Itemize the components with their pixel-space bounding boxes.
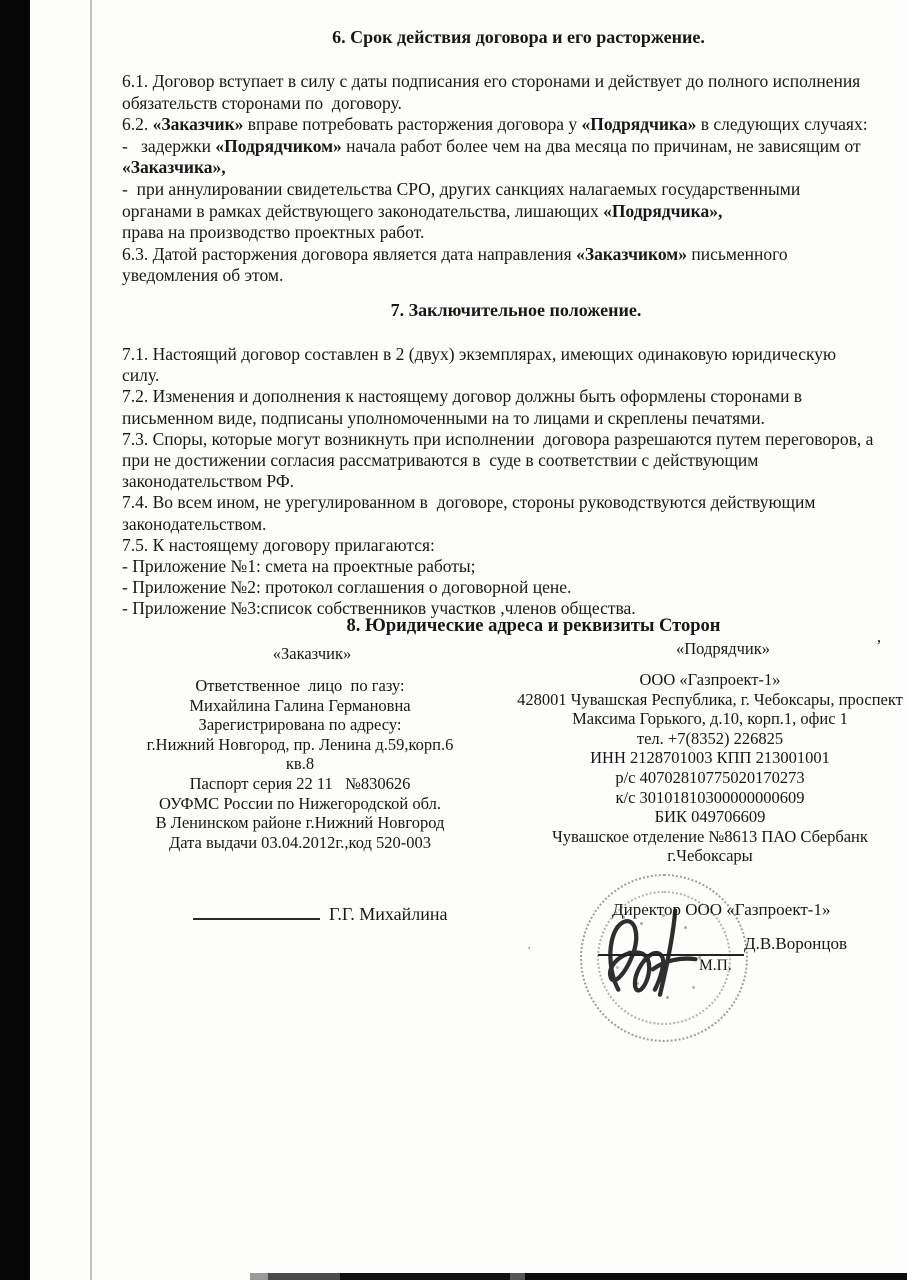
scan-left-black-strip: [0, 0, 30, 1280]
text-line: 6.2. «Заказчик» вправе потребовать расто…: [122, 114, 868, 136]
customer-signature-line: [193, 901, 320, 920]
text-line: Ответственное лицо по газу:: [110, 676, 490, 696]
text-line: законодательством.: [122, 514, 873, 535]
contractor-requisites: ООО «Газпроект-1»428001 Чувашская Респуб…: [500, 670, 907, 866]
text-line: письменном виде, подписаны уполномоченны…: [122, 408, 873, 429]
stamp-place-label: М.П.: [699, 957, 732, 975]
text-line: г.Чебоксары: [500, 846, 907, 866]
customer-requisites: Ответственное лицо по газу:Михайлина Гал…: [110, 676, 490, 852]
customer-signatory-name: Г.Г. Михайлина: [329, 904, 448, 924]
text-line: р/с 40702810775020170273: [500, 768, 907, 788]
text-line: г.Нижний Новгород, пр. Ленина д.59,корп.…: [110, 735, 490, 755]
text-line: 7.3. Споры, которые могут возникнуть при…: [122, 429, 873, 450]
section6-body: 6.1. Договор вступает в силу с даты подп…: [122, 71, 868, 287]
text-line: кв.8: [110, 754, 490, 774]
text-line: к/с 30101810300000000609: [500, 788, 907, 808]
text-line: - задержки «Подрядчиком» начала работ бо…: [122, 136, 868, 158]
document-page: ’ · 6. Срок действия договора и его раст…: [0, 0, 907, 1280]
text-line: БИК 049706609: [500, 807, 907, 827]
text-line: Михайлина Галина Германовна: [110, 696, 490, 716]
text-line: силу.: [122, 365, 873, 386]
text-line: ИНН 2128701003 КПП 213001001: [500, 748, 907, 768]
text-line: 7.2. Изменения и дополнения к настоящему…: [122, 386, 873, 407]
text-line: 6.3. Датой расторжения договора является…: [122, 244, 868, 266]
contractor-signature-line: [598, 954, 744, 956]
text-line: В Ленинском районе г.Нижний Новгород: [110, 813, 490, 833]
scan-noise-dot: ·: [527, 940, 531, 956]
section6-heading: 6. Срок действия договора и его расторже…: [0, 27, 907, 48]
scan-noise-mark: ’: [876, 636, 882, 656]
text-line: - при аннулировании свидетельства СРО, д…: [122, 179, 868, 201]
section7-body: 7.1. Настоящий договор составлен в 2 (дв…: [122, 344, 873, 619]
text-line: Зарегистрирована по адресу:: [110, 715, 490, 735]
scan-bottom-black-bar: [250, 1273, 907, 1280]
customer-signature-block: Г.Г. Михайлина: [193, 901, 448, 925]
section7-heading: 7. Заключительное положение.: [0, 300, 907, 321]
section8-heading: 8. Юридические адреса и реквизиты Сторон: [0, 616, 907, 637]
text-line: органами в рамках действующего законодат…: [122, 201, 868, 223]
text-line: Чувашское отделение №8613 ПАО Сбербанк: [500, 827, 907, 847]
text-line: «Заказчика»,: [122, 157, 868, 179]
text-line: уведомления об этом.: [122, 265, 868, 287]
text-line: 7.4. Во всем ином, не урегулированном в …: [122, 492, 873, 513]
text-line: обязательств сторонами по договору.: [122, 93, 868, 115]
contractor-signatory-title: Директор ООО «Газпроект-1»: [612, 900, 830, 920]
text-line: - Приложение №2: протокол соглашения о д…: [122, 577, 873, 598]
text-line: ООО «Газпроект-1»: [500, 670, 907, 690]
text-line: ОУФМС России по Нижегородской обл.: [110, 794, 490, 814]
text-line: законодательством РФ.: [122, 471, 873, 492]
customer-party-label: «Заказчик»: [227, 644, 397, 664]
contractor-party-label: «Подрядчик»: [638, 639, 808, 659]
text-line: - Приложение №1: смета на проектные рабо…: [122, 556, 873, 577]
text-line: 428001 Чувашская Республика, г. Чебоксар…: [500, 690, 907, 710]
text-line: Паспорт серия 22 11 №830626: [110, 774, 490, 794]
text-line: тел. +7(8352) 226825: [500, 729, 907, 749]
paper-edge-line: [90, 0, 92, 1280]
text-line: 7.5. К настоящему договору прилагаются:: [122, 535, 873, 556]
text-line: Максима Горького, д.10, корп.1, офис 1: [500, 709, 907, 729]
text-line: 7.1. Настоящий договор составлен в 2 (дв…: [122, 344, 873, 365]
text-line: 6.1. Договор вступает в силу с даты подп…: [122, 71, 868, 93]
text-line: при не достижении согласия рассматривают…: [122, 450, 873, 471]
text-line: Дата выдачи 03.04.2012г.,код 520-003: [110, 833, 490, 853]
text-line: права на производство проектных работ.: [122, 222, 868, 244]
contractor-signatory-name: Д.В.Воронцов: [744, 934, 847, 954]
